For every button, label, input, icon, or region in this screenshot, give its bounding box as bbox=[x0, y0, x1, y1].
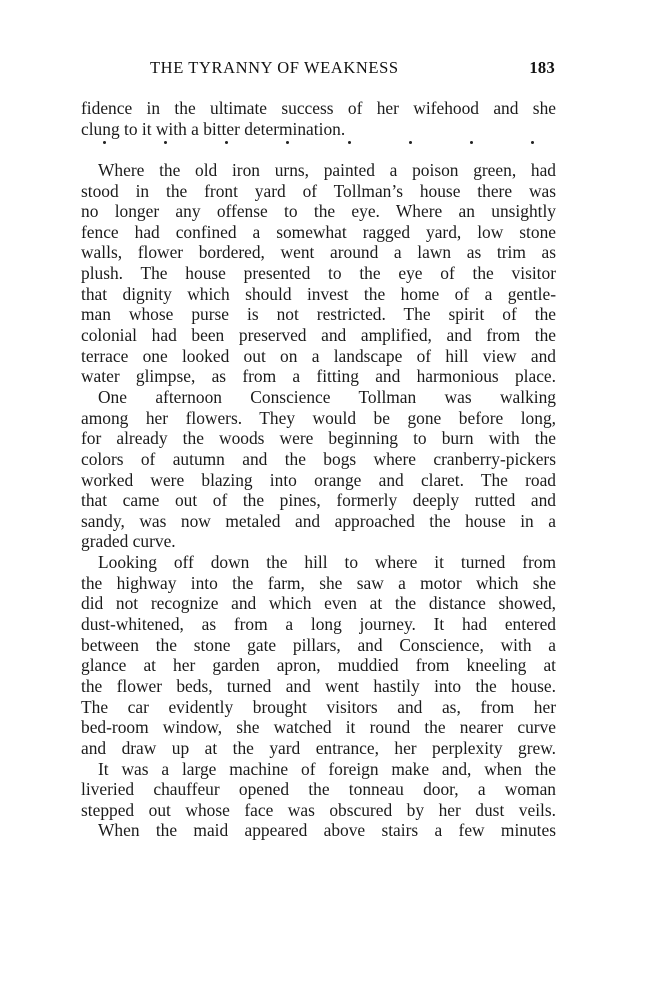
text-line: the highway into the farm, she saw a mot… bbox=[81, 573, 556, 594]
text-line: It was a large machine of foreign make a… bbox=[81, 759, 556, 780]
paragraph: One afternoon Conscience Tollman was wal… bbox=[81, 387, 556, 552]
text-line: terrace one looked out on a landscape of… bbox=[81, 346, 556, 367]
text-line: among her flowers. They would be gone be… bbox=[81, 408, 556, 429]
text-line: sandy, was now metaled and approached th… bbox=[81, 511, 556, 532]
text-line: walls, flower bordered, went around a la… bbox=[81, 242, 556, 263]
paragraph: fidence in the ultimate success of her w… bbox=[81, 98, 556, 139]
text-line: for already the woods were beginning to … bbox=[81, 428, 556, 449]
dot bbox=[531, 141, 534, 144]
text-line: fidence in the ultimate success of her w… bbox=[81, 98, 556, 119]
text-line: no longer any offense to the eye. Where … bbox=[81, 201, 556, 222]
text-line: Looking off down the hill to where it tu… bbox=[81, 552, 556, 573]
text-line: stepped out whose face was obscured by h… bbox=[81, 800, 556, 821]
running-head-title: THE TYRANNY OF WEAKNESS bbox=[150, 58, 399, 78]
text-line: that dignity which should invest the hom… bbox=[81, 284, 556, 305]
running-head: THE TYRANNY OF WEAKNESS 183 bbox=[150, 58, 555, 82]
dot bbox=[164, 141, 167, 144]
paragraph: It was a large machine of foreign make a… bbox=[81, 759, 556, 821]
section-break-dots bbox=[81, 139, 556, 160]
text-line: liveried chauffeur opened the tonneau do… bbox=[81, 779, 556, 800]
paragraph: When the maid appeared above stairs a fe… bbox=[81, 820, 556, 841]
dot bbox=[409, 141, 412, 144]
book-page: THE TYRANNY OF WEAKNESS 183 fidence in t… bbox=[0, 0, 664, 1000]
text-line: One afternoon Conscience Tollman was wal… bbox=[81, 387, 556, 408]
text-line: dust-whitened, as from a long journey. I… bbox=[81, 614, 556, 635]
text-line: bed-room window, she watched it round th… bbox=[81, 717, 556, 738]
text-line: Where the old iron urns, painted a poiso… bbox=[81, 160, 556, 181]
text-line: colors of autumn and the bogs where cran… bbox=[81, 449, 556, 470]
text-line: The car evidently brought visitors and a… bbox=[81, 697, 556, 718]
dot bbox=[103, 141, 106, 144]
text-line: graded curve. bbox=[81, 531, 556, 552]
dot bbox=[348, 141, 351, 144]
page-number: 183 bbox=[529, 58, 555, 78]
text-line: the flower beds, turned and went hastily… bbox=[81, 676, 556, 697]
paragraph: Where the old iron urns, painted a poiso… bbox=[81, 160, 556, 387]
text-line: water glimpse, as from a fitting and har… bbox=[81, 366, 556, 387]
text-line: between the stone gate pillars, and Cons… bbox=[81, 635, 556, 656]
text-line: plush. The house presented to the eye of… bbox=[81, 263, 556, 284]
text-line: glance at her garden apron, muddied from… bbox=[81, 655, 556, 676]
text-line: When the maid appeared above stairs a fe… bbox=[81, 820, 556, 841]
text-line: worked were blazing into orange and clar… bbox=[81, 470, 556, 491]
dot bbox=[286, 141, 289, 144]
page-body: fidence in the ultimate success of her w… bbox=[81, 98, 556, 841]
text-line: did not recognize and which even at the … bbox=[81, 593, 556, 614]
text-line: fence had confined a somewhat ragged yar… bbox=[81, 222, 556, 243]
paragraph: Looking off down the hill to where it tu… bbox=[81, 552, 556, 758]
text-line: stood in the front yard of Tollman’s hou… bbox=[81, 181, 556, 202]
dot bbox=[470, 141, 473, 144]
text-line: man whose purse is not restricted. The s… bbox=[81, 304, 556, 325]
text-line: and draw up at the yard entrance, her pe… bbox=[81, 738, 556, 759]
text-line: colonial had been preserved and amplifie… bbox=[81, 325, 556, 346]
text-line: that came out of the pines, formerly dee… bbox=[81, 490, 556, 511]
text-line: clung to it with a bitter determination. bbox=[81, 119, 556, 140]
dot bbox=[225, 141, 228, 144]
